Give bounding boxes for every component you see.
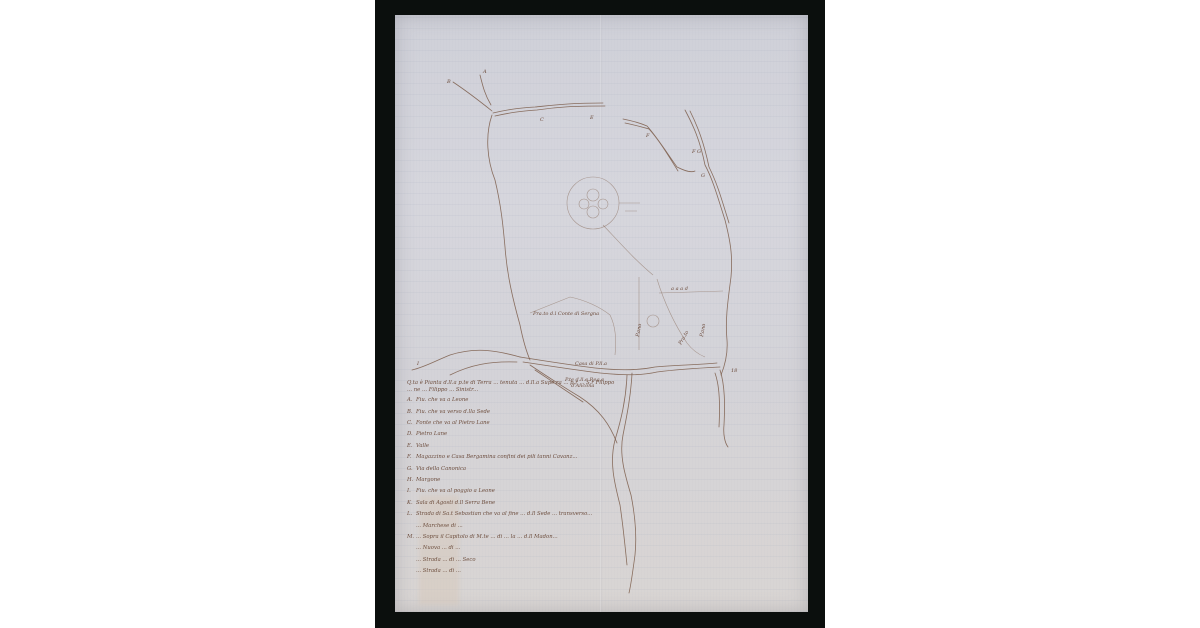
upper-right-road: [623, 119, 695, 172]
upper-road: [493, 103, 605, 116]
label-b: B: [446, 79, 451, 85]
label-strip-1: P.ano: [635, 323, 643, 338]
label-strip-2: P.ano: [699, 323, 707, 338]
label-a: A: [482, 69, 487, 75]
legend-header: Q.ta è Pianta d.ll.a p.te di Terra ... t…: [407, 380, 617, 394]
diagonal-line: [603, 225, 653, 275]
parcel-outline: [530, 297, 616, 355]
label-i: I: [416, 361, 420, 367]
label-house: Casa di P.ll.a: [575, 361, 607, 367]
label-c: C: [540, 117, 544, 123]
field-line-3: [659, 291, 723, 293]
southeast-stream: [715, 370, 728, 447]
legend-item: D.Pietro Lane: [407, 432, 647, 443]
label-m: 18: [731, 368, 737, 374]
river-a: [480, 75, 491, 105]
west-tributary: [412, 350, 520, 375]
map-sheet: A B C E F F G G I 18 Pra.to d.l Conte di…: [395, 15, 808, 612]
label-g: G: [701, 173, 705, 179]
label-strip-3: Pra.to: [677, 330, 690, 347]
main-road: [520, 357, 720, 375]
river-b: [453, 82, 492, 111]
legend-item: ... Strada ... di ...: [407, 569, 647, 580]
scan-frame: A B C E F F G G I 18 Pra.to d.l Conte di…: [375, 0, 825, 628]
small-circle: [647, 315, 659, 327]
label-upper-parcel: Pra.to d.l Conte di Sergna: [532, 311, 599, 317]
label-road-dots: a a a d: [671, 286, 688, 292]
label-f: F: [645, 133, 650, 139]
label-g-h: F G: [691, 149, 701, 155]
label-e: E: [589, 115, 594, 121]
legend-item: G.Via della Canonica: [407, 467, 647, 478]
map-legend: Q.ta è Pianta d.ll.a p.te di Terra ... t…: [407, 380, 647, 581]
compass-rose-icon: [567, 177, 640, 229]
west-river: [488, 115, 530, 360]
